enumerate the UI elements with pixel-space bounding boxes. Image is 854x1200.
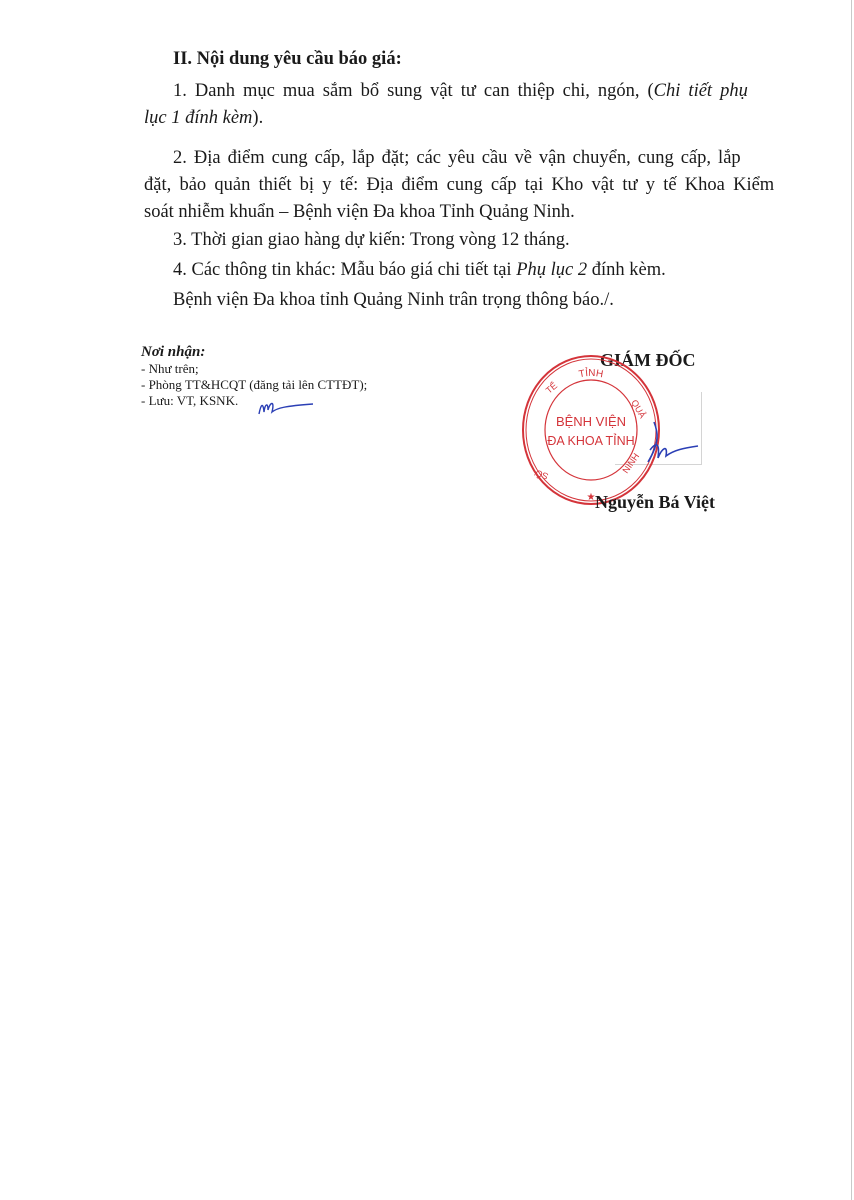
svg-text:ĐA KHOA TỈNH: ĐA KHOA TỈNH	[547, 433, 634, 448]
item-2-line-1: 2. Địa điểm cung cấp, lắp đặt; các yêu c…	[173, 146, 741, 170]
item-3: 3. Thời gian giao hàng dự kiến: Trong vò…	[173, 228, 570, 252]
svg-text:SỞ: SỞ	[533, 467, 550, 482]
recipients-title: Nơi nhận:	[141, 344, 367, 361]
signer-name: Nguyễn Bá Việt	[595, 492, 715, 513]
svg-text:NINH: NINH	[620, 451, 641, 475]
item-2-line-3: soát nhiễm khuẩn – Bệnh viện Đa khoa Tỉn…	[144, 200, 575, 224]
document-page: II. Nội dung yêu cầu báo giá: 1. Danh mụ…	[0, 0, 854, 1200]
svg-text:TẾ: TẾ	[544, 380, 559, 395]
svg-text:TỈNH: TỈNH	[578, 366, 604, 380]
item-2-line-2: đặt, bảo quản thiết bị y tế: Địa điểm cu…	[144, 173, 774, 197]
item-4: 4. Các thông tin khác: Mẫu báo giá chi t…	[173, 258, 666, 282]
director-signature-icon	[640, 420, 700, 468]
recipient-item: - Phòng TT&HCQT (đăng tải lên CTTĐT);	[141, 377, 367, 393]
item-1-line-1: 1. Danh mục mua sắm bổ sung vật tư can t…	[173, 79, 748, 103]
closing-line: Bệnh viện Đa khoa tỉnh Quảng Ninh trân t…	[173, 288, 614, 312]
item-1-line-2: lục 1 đính kèm).	[144, 106, 263, 130]
scan-edge	[851, 0, 852, 1200]
recipient-item: - Như trên;	[141, 361, 367, 377]
initials-signature-icon	[255, 396, 315, 420]
svg-text:BỆNH VIỆN: BỆNH VIỆN	[556, 414, 626, 429]
section-heading: II. Nội dung yêu cầu báo giá:	[173, 47, 402, 71]
